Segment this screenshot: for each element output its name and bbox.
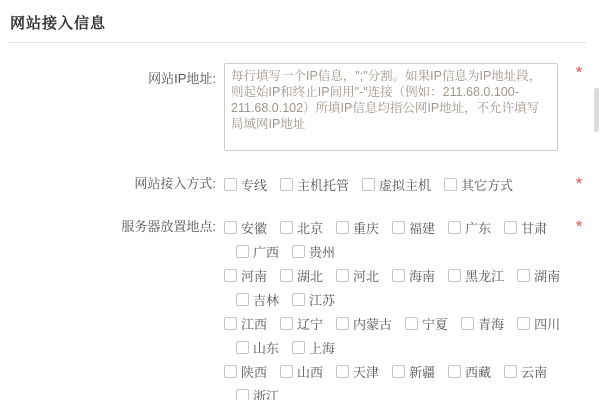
checkbox-option-label: 四川 xyxy=(534,314,560,333)
checkbox-option[interactable]: 宁夏 xyxy=(405,314,448,333)
checkbox-icon[interactable] xyxy=(448,269,461,282)
checkbox-option[interactable]: 四川 xyxy=(517,314,560,333)
checkbox-icon[interactable] xyxy=(444,178,457,191)
required-asterisk: * xyxy=(573,63,585,82)
checkbox-option[interactable]: 湖南 xyxy=(517,266,560,285)
checkbox-icon[interactable] xyxy=(280,269,293,282)
checkbox-option[interactable]: 贵州 xyxy=(292,242,335,261)
checkbox-icon[interactable] xyxy=(292,341,305,354)
checkbox-option-label: 天津 xyxy=(353,362,379,381)
checkbox-option-label: 陕西 xyxy=(241,362,267,381)
checkbox-option-label: 甘肃 xyxy=(521,218,547,237)
checkbox-icon[interactable] xyxy=(236,341,249,354)
form-row-server-location: 服务器放置地点: 安徽北京重庆福建广东甘肃广西贵州河南湖北河北海南黑龙江湖南吉林… xyxy=(0,215,600,400)
checkbox-option-label: 西藏 xyxy=(465,362,491,381)
checkbox-icon[interactable] xyxy=(224,269,237,282)
checkbox-option[interactable]: 浙江 xyxy=(236,386,279,400)
checkbox-option[interactable]: 广西 xyxy=(236,242,279,261)
checkbox-option-label: 宁夏 xyxy=(422,314,448,333)
checkbox-option[interactable]: 其它方式 xyxy=(444,175,513,194)
checkbox-line: 陕西山西天津新疆西藏云南 xyxy=(224,359,558,383)
checkbox-option[interactable]: 海南 xyxy=(392,266,435,285)
checkbox-icon[interactable] xyxy=(224,317,237,330)
checkbox-option[interactable]: 湖北 xyxy=(280,266,323,285)
checkbox-icon[interactable] xyxy=(517,317,530,330)
server-location-label: 服务器放置地点: xyxy=(0,215,216,239)
checkbox-option-label: 内蒙古 xyxy=(353,314,392,333)
checkbox-icon[interactable] xyxy=(504,365,517,378)
checkbox-option-label: 浙江 xyxy=(253,386,279,400)
checkbox-line: 吉林江苏 xyxy=(224,287,558,311)
server-location-options: 安徽北京重庆福建广东甘肃广西贵州河南湖北河北海南黑龙江湖南吉林江苏江西辽宁内蒙古… xyxy=(224,215,558,400)
checkbox-option[interactable]: 吉林 xyxy=(236,290,279,309)
checkbox-option[interactable]: 江西 xyxy=(224,314,267,333)
checkbox-icon[interactable] xyxy=(280,317,293,330)
checkbox-option[interactable]: 上海 xyxy=(292,338,335,357)
checkbox-icon[interactable] xyxy=(280,221,293,234)
checkbox-line: 安徽北京重庆福建广东甘肃 xyxy=(224,215,558,239)
checkbox-option-label: 主机托管 xyxy=(297,175,349,194)
checkbox-option[interactable]: 甘肃 xyxy=(504,218,547,237)
checkbox-option[interactable]: 专线 xyxy=(224,175,267,194)
checkbox-option-label: 江苏 xyxy=(309,290,335,309)
checkbox-icon[interactable] xyxy=(224,221,237,234)
checkbox-icon[interactable] xyxy=(517,269,530,282)
checkbox-icon[interactable] xyxy=(236,293,249,306)
access-method-options: 专线主机托管虚拟主机其它方式 xyxy=(224,172,558,196)
checkbox-option[interactable]: 虚拟主机 xyxy=(362,175,431,194)
checkbox-icon[interactable] xyxy=(236,389,249,400)
checkbox-icon[interactable] xyxy=(236,245,249,258)
checkbox-line: 专线主机托管虚拟主机其它方式 xyxy=(224,172,558,196)
checkbox-icon[interactable] xyxy=(405,317,418,330)
checkbox-option-label: 湖北 xyxy=(297,266,323,285)
checkbox-icon[interactable] xyxy=(392,221,405,234)
checkbox-option-label: 虚拟主机 xyxy=(379,175,431,194)
checkbox-option[interactable]: 广东 xyxy=(448,218,491,237)
required-asterisk: * xyxy=(573,172,585,196)
checkbox-option-label: 辽宁 xyxy=(297,314,323,333)
checkbox-option-label: 广东 xyxy=(465,218,491,237)
checkbox-option[interactable]: 青海 xyxy=(461,314,504,333)
checkbox-icon[interactable] xyxy=(461,317,474,330)
checkbox-option-label: 湖南 xyxy=(534,266,560,285)
checkbox-option[interactable]: 西藏 xyxy=(448,362,491,381)
checkbox-option-label: 安徽 xyxy=(241,218,267,237)
checkbox-option[interactable]: 云南 xyxy=(504,362,547,381)
checkbox-option[interactable]: 江苏 xyxy=(292,290,335,309)
checkbox-option-label: 新疆 xyxy=(409,362,435,381)
checkbox-line: 河南湖北河北海南黑龙江湖南 xyxy=(224,263,558,287)
checkbox-option-label: 山东 xyxy=(253,338,279,357)
checkbox-icon[interactable] xyxy=(336,317,349,330)
checkbox-option-label: 吉林 xyxy=(253,290,279,309)
checkbox-icon[interactable] xyxy=(336,269,349,282)
checkbox-option-label: 福建 xyxy=(409,218,435,237)
checkbox-option-label: 海南 xyxy=(409,266,435,285)
checkbox-line: 山东上海 xyxy=(224,335,558,359)
checkbox-icon[interactable] xyxy=(280,365,293,378)
checkbox-option[interactable]: 福建 xyxy=(392,218,435,237)
checkbox-option-label: 云南 xyxy=(521,362,547,381)
checkbox-icon[interactable] xyxy=(280,178,293,191)
checkbox-option-label: 黑龙江 xyxy=(465,266,504,285)
checkbox-option-label: 江西 xyxy=(241,314,267,333)
form-row-access-method: 网站接入方式: 专线主机托管虚拟主机其它方式 * xyxy=(0,172,600,196)
checkbox-option[interactable]: 天津 xyxy=(336,362,379,381)
checkbox-option-label: 广西 xyxy=(253,242,279,261)
checkbox-icon[interactable] xyxy=(392,269,405,282)
checkbox-option[interactable]: 新疆 xyxy=(392,362,435,381)
checkbox-option[interactable]: 山西 xyxy=(280,362,323,381)
ip-address-label: 网站IP地址: xyxy=(0,63,216,87)
checkbox-icon[interactable] xyxy=(448,365,461,378)
checkbox-option[interactable]: 山东 xyxy=(236,338,279,357)
checkbox-option[interactable]: 北京 xyxy=(280,218,323,237)
checkbox-icon[interactable] xyxy=(448,221,461,234)
checkbox-icon[interactable] xyxy=(504,221,517,234)
ip-address-textarea[interactable] xyxy=(224,63,558,151)
checkbox-option-label: 上海 xyxy=(309,338,335,357)
checkbox-icon[interactable] xyxy=(392,365,405,378)
website-access-form: 网站IP地址: * 网站接入方式: 专线主机托管虚拟主机其它方式 * 服务器放置… xyxy=(0,63,600,400)
checkbox-line: 浙江 xyxy=(224,383,558,400)
checkbox-option-label: 河北 xyxy=(353,266,379,285)
checkbox-option[interactable]: 主机托管 xyxy=(280,175,349,194)
checkbox-option-label: 其它方式 xyxy=(461,175,513,194)
form-row-ip-address: 网站IP地址: * xyxy=(0,63,600,151)
checkbox-line: 江西辽宁内蒙古宁夏青海四川 xyxy=(224,311,558,335)
checkbox-option[interactable]: 黑龙江 xyxy=(448,266,504,285)
checkbox-option[interactable]: 陕西 xyxy=(224,362,267,381)
checkbox-option-label: 专线 xyxy=(241,175,267,194)
checkbox-option-label: 重庆 xyxy=(353,218,379,237)
checkbox-option[interactable]: 重庆 xyxy=(336,218,379,237)
checkbox-option[interactable]: 河北 xyxy=(336,266,379,285)
checkbox-icon[interactable] xyxy=(224,178,237,191)
checkbox-icon[interactable] xyxy=(292,245,305,258)
checkbox-icon[interactable] xyxy=(362,178,375,191)
checkbox-option-label: 贵州 xyxy=(309,242,335,261)
checkbox-option[interactable]: 内蒙古 xyxy=(336,314,392,333)
checkbox-option-label: 山西 xyxy=(297,362,323,381)
required-asterisk: * xyxy=(573,215,585,239)
checkbox-option-label: 北京 xyxy=(297,218,323,237)
checkbox-icon[interactable] xyxy=(224,365,237,378)
section-divider xyxy=(8,42,586,43)
checkbox-line: 广西贵州 xyxy=(224,239,558,263)
checkbox-icon[interactable] xyxy=(336,221,349,234)
page-title: 网站接入信息 xyxy=(10,12,600,33)
checkbox-icon[interactable] xyxy=(336,365,349,378)
checkbox-option[interactable]: 安徽 xyxy=(224,218,267,237)
access-method-label: 网站接入方式: xyxy=(0,172,216,196)
checkbox-option[interactable]: 河南 xyxy=(224,266,267,285)
checkbox-option-label: 河南 xyxy=(241,266,267,285)
checkbox-option-label: 青海 xyxy=(478,314,504,333)
checkbox-option[interactable]: 辽宁 xyxy=(280,314,323,333)
page-scrollbar-thumb[interactable] xyxy=(594,88,599,132)
checkbox-icon[interactable] xyxy=(292,293,305,306)
